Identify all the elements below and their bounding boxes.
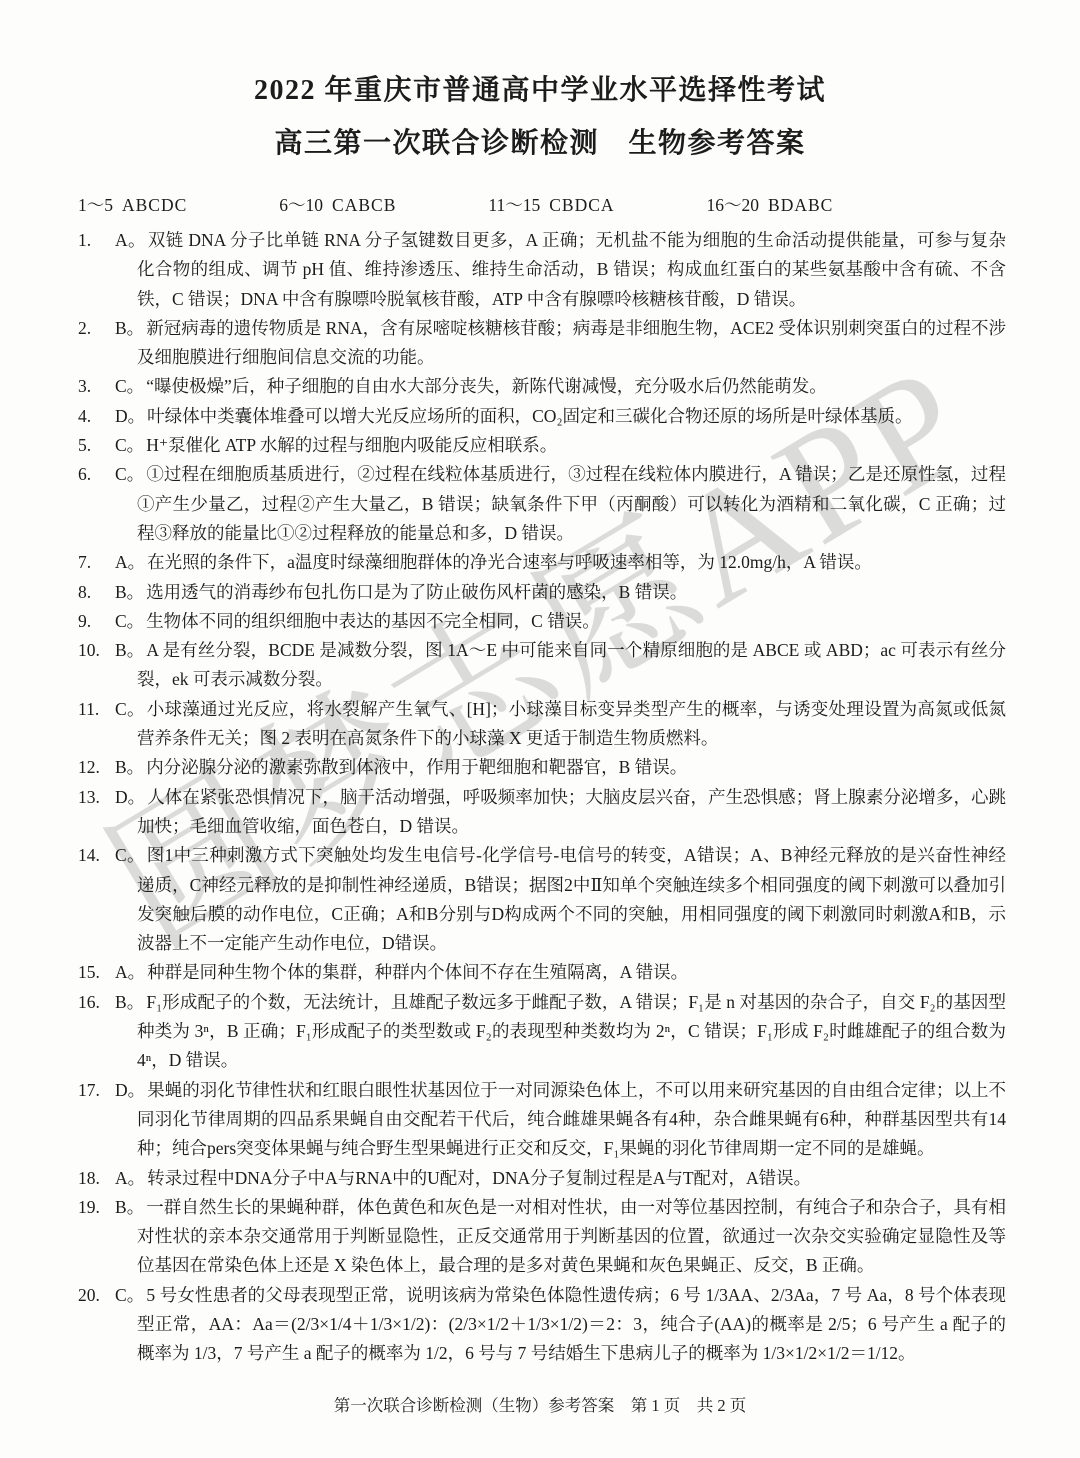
summary-letters: BDABC xyxy=(768,195,833,215)
answer-summary-entry-3: 11～15CBDCA xyxy=(488,193,614,217)
item-explanation: “曝使极燥”后，种子细胞的自由水大部分丧失，新陈代谢减慢，充分吸水后仍然能萌发。 xyxy=(146,376,827,396)
summary-range: 16～20 xyxy=(707,195,760,215)
item-number: 19. xyxy=(78,1193,115,1222)
item-explanation: 图1中三种刺激方式下突触处均发生电信号-化学信号-电信号的转变，A错误；A、B神… xyxy=(137,845,1006,953)
item-answer-letter: B。 xyxy=(115,640,144,660)
page-title-line1: 2022 年重庆市普通高中学业水平选择性考试 xyxy=(0,68,1080,108)
item-explanation: 叶绿体中类囊体堆叠可以增大光反应场所的面积，CO₂固定和三碳化合物还原的场所是叶… xyxy=(147,406,912,426)
item-answer-letter: C。 xyxy=(115,611,144,631)
item-answer-letter: C。 xyxy=(115,435,144,455)
answer-item-7: 7.A。在光照的条件下，a温度时绿藻细胞群体的净光合速率与呼吸速率相等，为 12… xyxy=(78,548,1006,577)
answer-summary-entry-4: 16～20BDABC xyxy=(707,193,834,217)
answer-item-20: 20.C。5 号女性患者的父母表现型正常，说明该病为常染色体隐性遗传病；6 号 … xyxy=(78,1281,1006,1369)
answer-item-15: 15.A。种群是同种生物个体的集群，种群内个体间不存在生殖隔离，A 错误。 xyxy=(78,958,1006,987)
item-answer-letter: C。 xyxy=(115,1285,144,1305)
item-number: 8. xyxy=(78,578,115,607)
item-explanation: 转录过程中DNA分子中A与RNA中的U配对，DNA分子复制过程是A与T配对，A错… xyxy=(147,1168,811,1188)
answer-item-1: 1.A。双链 DNA 分子比单链 RNA 分子氢键数目更多，A 正确；无机盐不能… xyxy=(78,226,1006,314)
item-number: 1. xyxy=(78,226,115,255)
answer-items-list: 1.A。双链 DNA 分子比单链 RNA 分子氢键数目更多，A 正确；无机盐不能… xyxy=(0,217,1080,1369)
item-answer-letter: C。 xyxy=(115,376,144,396)
item-number: 17. xyxy=(78,1076,115,1105)
item-number: 10. xyxy=(78,636,115,665)
item-answer-letter: B。 xyxy=(115,757,144,777)
item-number: 13. xyxy=(78,783,115,812)
item-answer-letter: C。 xyxy=(115,699,145,719)
title-block: 2022 年重庆市普通高中学业水平选择性考试 高三第一次联合诊断检测 生物参考答… xyxy=(0,0,1080,161)
item-number: 20. xyxy=(78,1281,115,1310)
item-answer-letter: A。 xyxy=(115,962,145,982)
answer-item-6: 6.C。①过程在细胞质基质进行，②过程在线粒体基质进行，③过程在线粒体内膜进行，… xyxy=(78,460,1006,548)
item-number: 14. xyxy=(78,841,115,870)
item-answer-letter: B。 xyxy=(115,1197,144,1217)
page-footer: 第一次联合诊断检测（生物）参考答案 第 1 页 共 2 页 xyxy=(0,1392,1080,1416)
item-answer-letter: C。 xyxy=(115,464,144,484)
item-number: 6. xyxy=(78,460,115,489)
item-explanation: 选用透气的消毒纱布包扎伤口是为了防止破伤风杆菌的感染，B 错误。 xyxy=(146,582,687,602)
exam-answer-page: 圆梦志愿APP 2022 年重庆市普通高中学业水平选择性考试 高三第一次联合诊断… xyxy=(0,0,1080,1458)
answer-item-5: 5.C。H⁺泵催化 ATP 水解的过程与细胞内吸能反应相联系。 xyxy=(78,431,1006,460)
answer-item-8: 8.B。选用透气的消毒纱布包扎伤口是为了防止破伤风杆菌的感染，B 错误。 xyxy=(78,578,1006,607)
summary-range: 1～5 xyxy=(78,195,113,215)
item-number: 4. xyxy=(78,402,115,431)
item-number: 9. xyxy=(78,607,115,636)
answer-item-3: 3.C。“曝使极燥”后，种子细胞的自由水大部分丧失，新陈代谢减慢，充分吸水后仍然… xyxy=(78,372,1006,401)
page-title-line2: 高三第一次联合诊断检测 生物参考答案 xyxy=(0,121,1080,161)
item-explanation: 5 号女性患者的父母表现型正常，说明该病为常染色体隐性遗传病；6 号 1/3AA… xyxy=(137,1285,1006,1364)
item-answer-letter: A。 xyxy=(115,1168,145,1188)
item-answer-letter: C。 xyxy=(115,845,145,865)
item-explanation: A 是有丝分裂，BCDE 是减数分裂，图 1A～E 中可能来自同一个精原细胞的是… xyxy=(137,640,1006,689)
answer-item-13: 13.D。人体在紧张恐惧情况下，脑干活动增强，呼吸频率加快；大脑皮层兴奋，产生恐… xyxy=(78,783,1006,842)
item-number: 2. xyxy=(78,314,115,343)
answer-item-18: 18.A。转录过程中DNA分子中A与RNA中的U配对，DNA分子复制过程是A与T… xyxy=(78,1164,1006,1193)
item-answer-letter: D。 xyxy=(115,1080,145,1100)
answer-item-10: 10.B。A 是有丝分裂，BCDE 是减数分裂，图 1A～E 中可能来自同一个精… xyxy=(78,636,1006,695)
answer-summary-entry-2: 6～10CABCB xyxy=(279,193,396,217)
summary-letters: ABCDC xyxy=(122,195,187,215)
item-number: 18. xyxy=(78,1164,115,1193)
answer-item-17: 17.D。果蝇的羽化节律性状和红眼白眼性状基因位于一对同源染色体上，不可以用来研… xyxy=(78,1076,1006,1164)
item-answer-letter: B。 xyxy=(115,318,144,338)
item-answer-letter: B。 xyxy=(115,992,144,1012)
item-number: 12. xyxy=(78,753,115,782)
item-number: 3. xyxy=(78,372,115,401)
item-explanation: 在光照的条件下，a温度时绿藻细胞群体的净光合速率与呼吸速率相等，为 12.0mg… xyxy=(147,552,872,572)
item-explanation: 小球藻通过光反应，将水裂解产生氧气、[H]；小球藻目标变异类型产生的概率，与诱变… xyxy=(137,699,1006,748)
item-explanation: 双链 DNA 分子比单链 RNA 分子氢键数目更多，A 正确；无机盐不能为细胞的… xyxy=(137,230,1006,309)
answer-item-9: 9.C。生物体不同的组织细胞中表达的基因不完全相同，C 错误。 xyxy=(78,607,1006,636)
item-answer-letter: D。 xyxy=(115,787,145,807)
item-explanation: 一群自然生长的果蝇种群，体色黄色和灰色是一对相对性状，由一对等位基因控制，有纯合… xyxy=(137,1197,1006,1276)
item-explanation: 生物体不同的组织细胞中表达的基因不完全相同，C 错误。 xyxy=(146,611,600,631)
answer-item-19: 19.B。一群自然生长的果蝇种群，体色黄色和灰色是一对相对性状，由一对等位基因控… xyxy=(78,1193,1006,1281)
answer-summary-row: 1～5ABCDC6～10CABCB11～15CBDCA16～20BDABC xyxy=(0,193,1080,217)
summary-letters: CBDCA xyxy=(549,195,614,215)
item-number: 11. xyxy=(78,695,115,724)
answer-item-11: 11.C。小球藻通过光反应，将水裂解产生氧气、[H]；小球藻目标变异类型产生的概… xyxy=(78,695,1006,754)
item-number: 5. xyxy=(78,431,115,460)
item-explanation: F₁形成配子的个数，无法统计，且雄配子数远多于雌配子数，A 错误；F₁是 n 对… xyxy=(137,992,1006,1071)
answer-item-14: 14.C。图1中三种刺激方式下突触处均发生电信号-化学信号-电信号的转变，A错误… xyxy=(78,841,1006,958)
item-explanation: 新冠病毒的遗传物质是 RNA，含有尿嘧啶核糖核苷酸；病毒是非细胞生物，ACE2 … xyxy=(137,318,1006,367)
item-number: 7. xyxy=(78,548,115,577)
item-answer-letter: D。 xyxy=(115,406,145,426)
summary-letters: CABCB xyxy=(332,195,396,215)
item-answer-letter: A。 xyxy=(115,552,145,572)
item-number: 16. xyxy=(78,988,115,1017)
answer-item-16: 16.B。F₁形成配子的个数，无法统计，且雄配子数远多于雌配子数，A 错误；F₁… xyxy=(78,988,1006,1076)
item-explanation: 内分泌腺分泌的激素弥散到体液中，作用于靶细胞和靶器官，B 错误。 xyxy=(146,757,687,777)
item-number: 15. xyxy=(78,958,115,987)
answer-item-4: 4.D。叶绿体中类囊体堆叠可以增大光反应场所的面积，CO₂固定和三碳化合物还原的… xyxy=(78,402,1006,431)
item-answer-letter: B。 xyxy=(115,582,144,602)
answer-summary-entry-1: 1～5ABCDC xyxy=(78,193,187,217)
item-explanation: ①过程在细胞质基质进行，②过程在线粒体基质进行，③过程在线粒体内膜进行，A 错误… xyxy=(137,464,1006,543)
item-explanation: H⁺泵催化 ATP 水解的过程与细胞内吸能反应相联系。 xyxy=(146,435,557,455)
summary-range: 11～15 xyxy=(488,195,540,215)
item-answer-letter: A。 xyxy=(115,230,146,250)
item-explanation: 果蝇的羽化节律性状和红眼白眼性状基因位于一对同源染色体上，不可以用来研究基因的自… xyxy=(137,1080,1006,1159)
answer-item-12: 12.B。内分泌腺分泌的激素弥散到体液中，作用于靶细胞和靶器官，B 错误。 xyxy=(78,753,1006,782)
item-explanation: 人体在紧张恐惧情况下，脑干活动增强，呼吸频率加快；大脑皮层兴奋，产生恐惧感；肾上… xyxy=(137,787,1006,836)
answer-item-2: 2.B。新冠病毒的遗传物质是 RNA，含有尿嘧啶核糖核苷酸；病毒是非细胞生物，A… xyxy=(78,314,1006,373)
item-explanation: 种群是同种生物个体的集群，种群内个体间不存在生殖隔离，A 错误。 xyxy=(147,962,688,982)
summary-range: 6～10 xyxy=(279,195,323,215)
